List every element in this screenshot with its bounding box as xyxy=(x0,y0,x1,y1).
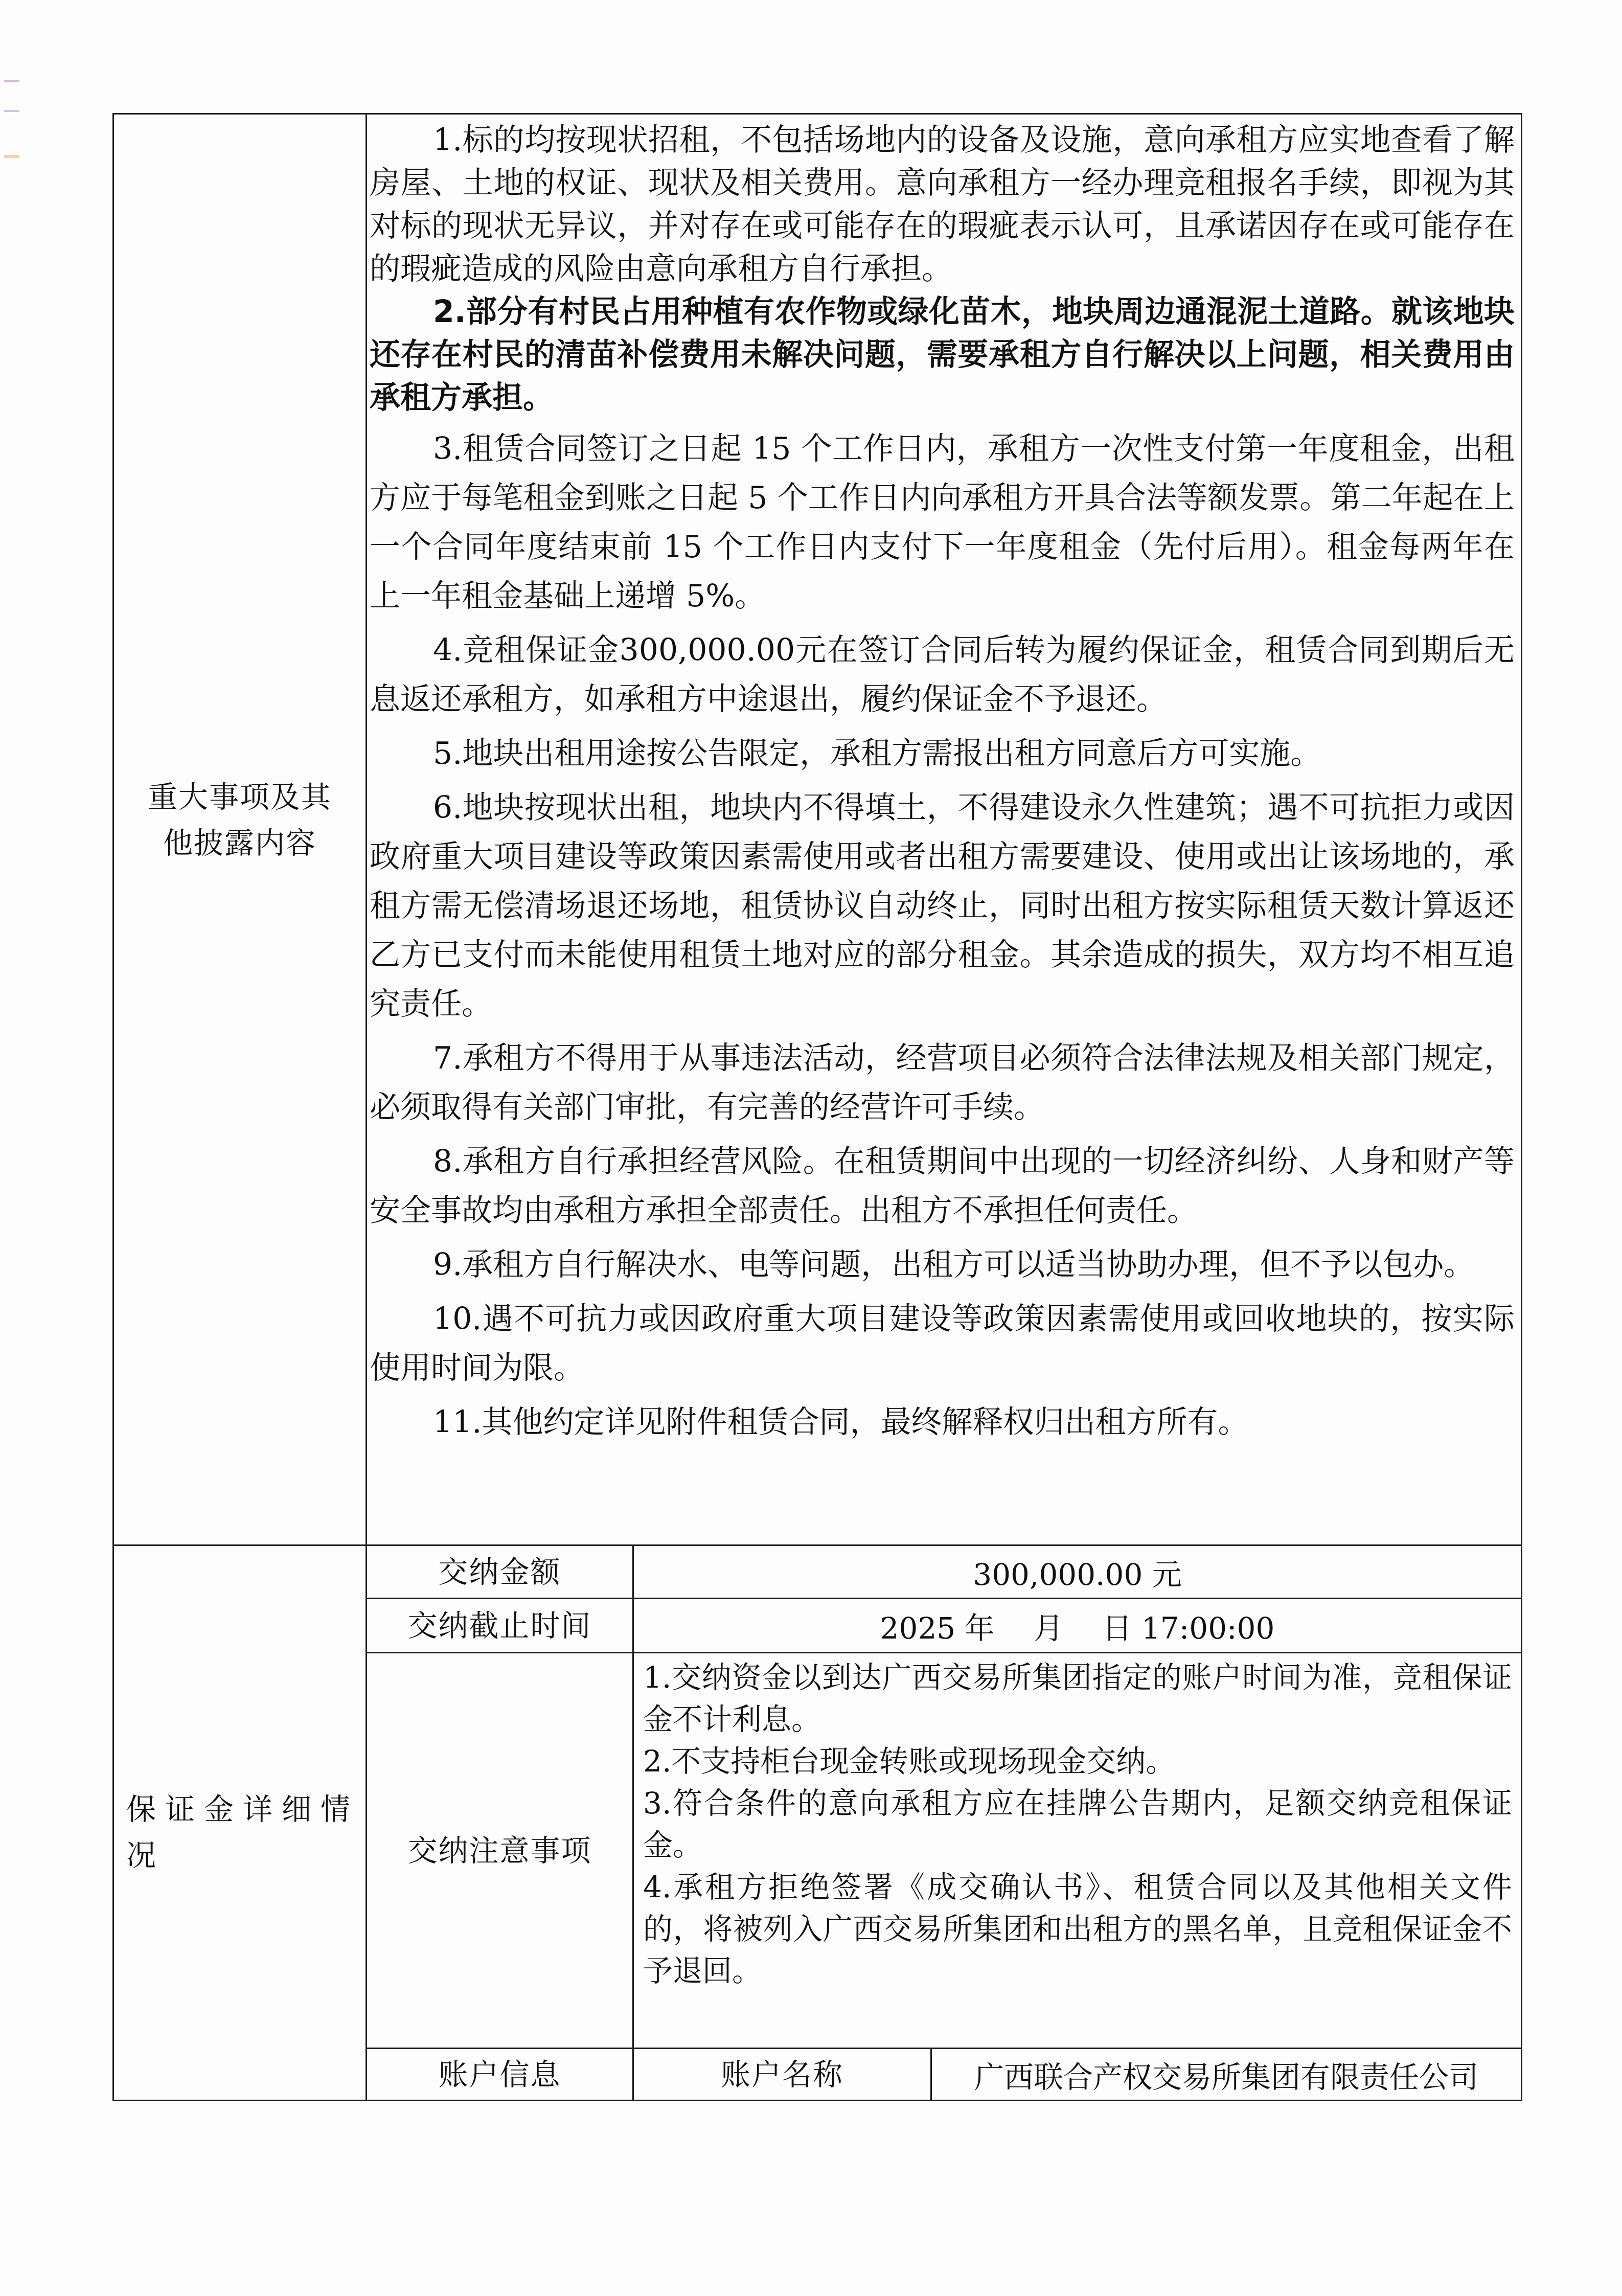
disclosure-item: 10.遇不可抗力或因政府重大项目建设等政策因素需使用或回收地块的，按实际使用时间… xyxy=(370,1294,1515,1393)
deadline-label: 交纳截止时间 xyxy=(367,1599,632,1652)
disclosure-item: 11.其他约定详见附件租赁合同，最终解释权归出租方所有。 xyxy=(370,1398,1515,1447)
disclosure-item: 8.承租方自行承担经营风险。在租赁期间中出现的一切经济纠纷、人身和财产等安全事故… xyxy=(370,1137,1515,1235)
account-name-value: 广西联合产权交易所集团有限责任公司 xyxy=(932,2049,1521,2100)
label-line: 他披露内容 xyxy=(163,820,316,866)
label-line: 保证金详细情 xyxy=(126,1786,359,1832)
disclosure-item: 1.标的均按现状招租，不包括场地内的设备及设施，意向承租方应实地查看了解房屋、土… xyxy=(370,119,1515,290)
note-item: 4.承租方拒绝签署《成交确认书》、租赁合同以及其他相关文件的，将被列入广西交易所… xyxy=(643,1866,1512,1992)
disclosure-content: 1.标的均按现状招租，不包括场地内的设备及设施，意向承租方应实地查看了解房屋、土… xyxy=(370,119,1515,1447)
account-info-label: 账户信息 xyxy=(367,2049,632,2100)
disclosure-section-label: 重大事项及其 他披露内容 xyxy=(114,769,365,871)
amount-value: 300,000.00 元 xyxy=(634,1546,1521,1598)
label-line: 况 xyxy=(126,1832,165,1878)
deposit-notes: 1.交纳资金以到达广西交易所集团指定的账户时间为准，竞租保证金不计利息。 2.不… xyxy=(643,1656,1512,1992)
note-item: 2.不支持柜台现金转账或现场现金交纳。 xyxy=(643,1740,1512,1782)
notes-label: 交纳注意事项 xyxy=(367,1653,632,2048)
disclosure-item: 5.地块出租用途按公告限定，承租方需报出租方同意后方可实施。 xyxy=(370,729,1515,778)
disclosure-item: 6.地块按现状出租，地块内不得填土，不得建设永久性建筑；遇不可抗拒力或因政府重大… xyxy=(370,783,1515,1029)
disclosure-item: 7.承租方不得用于从事违法活动，经营项目必须符合法律法规及相关部门规定，必须取得… xyxy=(370,1034,1515,1132)
scan-artifact xyxy=(4,110,19,112)
account-name-label: 账户名称 xyxy=(634,2049,930,2100)
note-item: 3.符合条件的意向承租方应在挂牌公告期内，足额交纳竞租保证金。 xyxy=(643,1782,1512,1866)
scan-artifact xyxy=(4,80,19,82)
note-item: 1.交纳资金以到达广西交易所集团指定的账户时间为准，竞租保证金不计利息。 xyxy=(643,1656,1512,1740)
deadline-value: 2025 年 月 日 17:00:00 xyxy=(634,1599,1521,1652)
disclosure-item: 4.竞租保证金300,000.00元在签订合同后转为履约保证金，租赁合同到期后无… xyxy=(370,626,1515,724)
disclosure-table: 重大事项及其 他披露内容 1.标的均按现状招租，不包括场地内的设备及设施，意向承… xyxy=(112,113,1522,2101)
disclosure-item: 2.部分有村民占用种植有农作物或绿化苗木，地块周边通混泥土道路。就该地块还存在村… xyxy=(370,290,1515,419)
amount-label: 交纳金额 xyxy=(367,1546,632,1598)
label-line: 重大事项及其 xyxy=(148,774,332,820)
disclosure-item: 9.承租方自行解决水、电等问题，出租方可以适当协助办理，但不予以包办。 xyxy=(370,1240,1515,1289)
disclosure-item: 3.租赁合同签订之日起 15 个工作日内，承租方一次性支付第一年度租金，出租方应… xyxy=(370,424,1515,621)
deposit-section-label: 保证金详细情 况 xyxy=(114,1786,365,1889)
scan-artifact xyxy=(4,155,19,158)
